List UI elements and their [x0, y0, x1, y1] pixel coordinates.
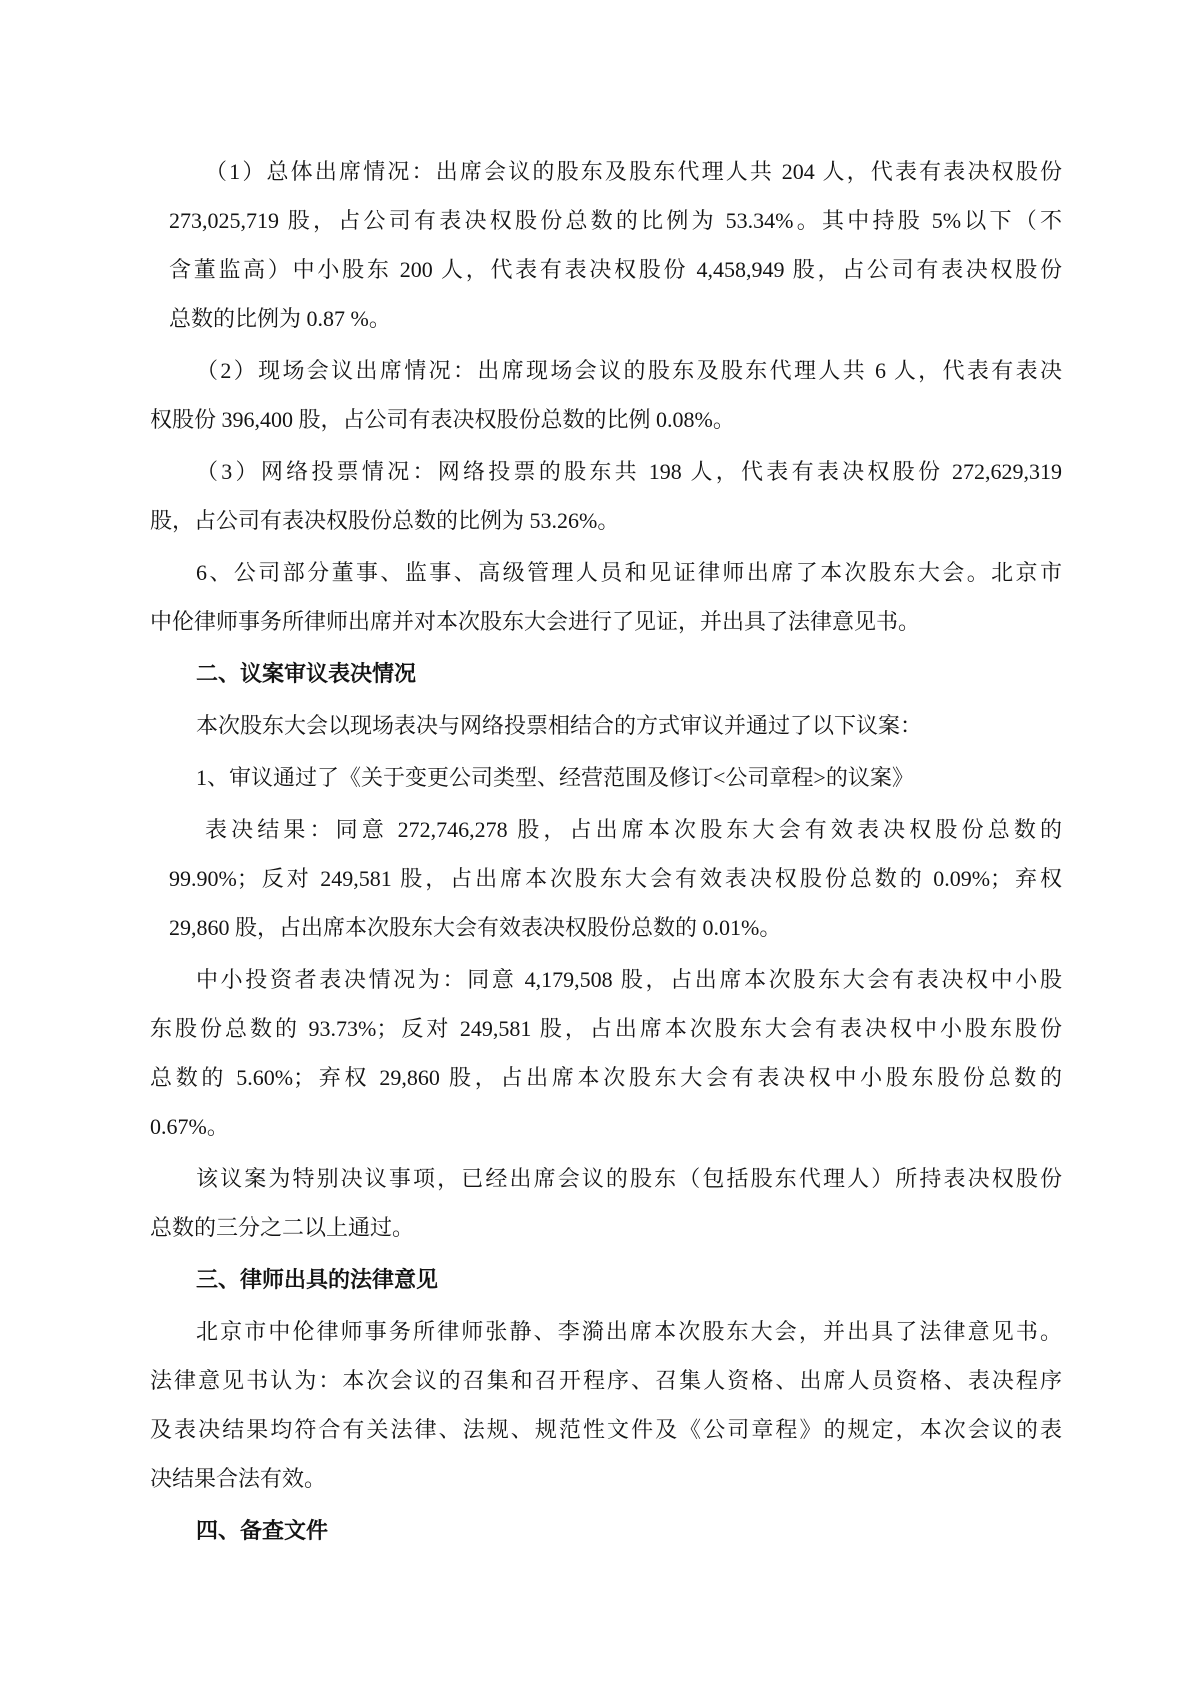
- text-line: 决结果合法有效。: [150, 1454, 1062, 1503]
- text-line: 总数的三分之二以上通过。: [150, 1203, 1062, 1252]
- text-line: 权股份 396,400 股，占公司有表决权股份总数的比例 0.08%。: [150, 395, 1062, 444]
- text-line: 中小投资者表决情况为：同意 4,179,508 股，占出席本次股东大会有表决权中…: [150, 955, 1062, 1004]
- paragraph-attendance-overall: （1）总体出席情况：出席会议的股东及股东代理人共 204 人，代表有表决权股份2…: [150, 147, 1062, 343]
- section-heading: 二、议案审议表决情况: [150, 649, 1062, 698]
- text-line: 法律意见书认为：本次会议的召集和召开程序、召集人资格、出席人员资格、表决程序: [150, 1356, 1062, 1405]
- heading-line: 四、备查文件: [150, 1506, 1062, 1555]
- paragraph-attendance-directors: 6、公司部分董事、监事、高级管理人员和见证律师出席了本次股东大会。北京市中伦律师…: [150, 548, 1062, 646]
- text-line: 东股份总数的 93.73%；反对 249,581 股，占出席本次股东大会有表决权…: [150, 1004, 1062, 1053]
- paragraph-special-resolution-note: 该议案为特别决议事项，已经出席会议的股东（包括股东代理人）所持表决权股份总数的三…: [150, 1154, 1062, 1252]
- text-line: 99.90%；反对 249,581 股，占出席本次股东大会有效表决权股份总数的 …: [150, 854, 1062, 903]
- text-line: 6、公司部分董事、监事、高级管理人员和见证律师出席了本次股东大会。北京市: [150, 548, 1062, 597]
- text-line: 总数的 5.60%；弃权 29,860 股，占出席本次股东大会有表决权中小股东股…: [150, 1053, 1062, 1102]
- paragraph-small-investor-result: 中小投资者表决情况为：同意 4,179,508 股，占出席本次股东大会有表决权中…: [150, 955, 1062, 1151]
- text-line: （2）现场会议出席情况：出席现场会议的股东及股东代理人共 6 人，代表有表决: [150, 346, 1062, 395]
- section-heading: 四、备查文件: [150, 1506, 1062, 1555]
- document-body: （1）总体出席情况：出席会议的股东及股东代理人共 204 人，代表有表决权股份2…: [150, 147, 1062, 1558]
- text-line: 含董监高）中小股东 200 人，代表有表决权股份 4,458,949 股，占公司…: [150, 245, 1062, 294]
- text-line: 0.67%。: [150, 1102, 1062, 1151]
- text-line: 该议案为特别决议事项，已经出席会议的股东（包括股东代理人）所持表决权股份: [150, 1154, 1062, 1203]
- text-line: 北京市中伦律师事务所律师张静、李漪出席本次股东大会，并出具了法律意见书。: [150, 1307, 1062, 1356]
- paragraph-proposal-1-title: 1、审议通过了《关于变更公司类型、经营范围及修订<公司章程>的议案》: [150, 753, 1062, 802]
- text-line: 表决结果：同意 272,746,278 股，占出席本次股东大会有效表决权股份总数…: [150, 805, 1062, 854]
- paragraph-attendance-online: （3）网络投票情况：网络投票的股东共 198 人，代表有表决权股份 272,62…: [150, 447, 1062, 545]
- heading-line: 二、议案审议表决情况: [150, 649, 1062, 698]
- text-line: 29,860 股，占出席本次股东大会有效表决权股份总数的 0.01%。: [150, 903, 1062, 952]
- text-line: 273,025,719 股，占公司有表决权股份总数的比例为 53.34%。其中持…: [150, 196, 1062, 245]
- text-line: 本次股东大会以现场表决与网络投票相结合的方式审议并通过了以下议案：: [150, 701, 1062, 750]
- document-page: （1）总体出席情况：出席会议的股东及股东代理人共 204 人，代表有表决权股份2…: [0, 0, 1200, 1697]
- text-line: （3）网络投票情况：网络投票的股东共 198 人，代表有表决权股份 272,62…: [150, 447, 1062, 496]
- text-line: 及表决结果均符合有关法律、法规、规范性文件及《公司章程》的规定，本次会议的表: [150, 1405, 1062, 1454]
- section-heading: 三、律师出具的法律意见: [150, 1255, 1062, 1304]
- paragraph-legal-opinion: 北京市中伦律师事务所律师张静、李漪出席本次股东大会，并出具了法律意见书。法律意见…: [150, 1307, 1062, 1503]
- text-line: 中伦律师事务所律师出席并对本次股东大会进行了见证，并出具了法律意见书。: [150, 597, 1062, 646]
- paragraph-voting-result: 表决结果：同意 272,746,278 股，占出席本次股东大会有效表决权股份总数…: [150, 805, 1062, 952]
- heading-line: 三、律师出具的法律意见: [150, 1255, 1062, 1304]
- text-line: （1）总体出席情况：出席会议的股东及股东代理人共 204 人，代表有表决权股份: [150, 147, 1062, 196]
- paragraph-attendance-onsite: （2）现场会议出席情况：出席现场会议的股东及股东代理人共 6 人，代表有表决权股…: [150, 346, 1062, 444]
- paragraph-voting-method: 本次股东大会以现场表决与网络投票相结合的方式审议并通过了以下议案：: [150, 701, 1062, 750]
- text-line: 股，占公司有表决权股份总数的比例为 53.26%。: [150, 496, 1062, 545]
- text-line: 1、审议通过了《关于变更公司类型、经营范围及修订<公司章程>的议案》: [150, 753, 1062, 802]
- text-line: 总数的比例为 0.87 %。: [150, 294, 1062, 343]
